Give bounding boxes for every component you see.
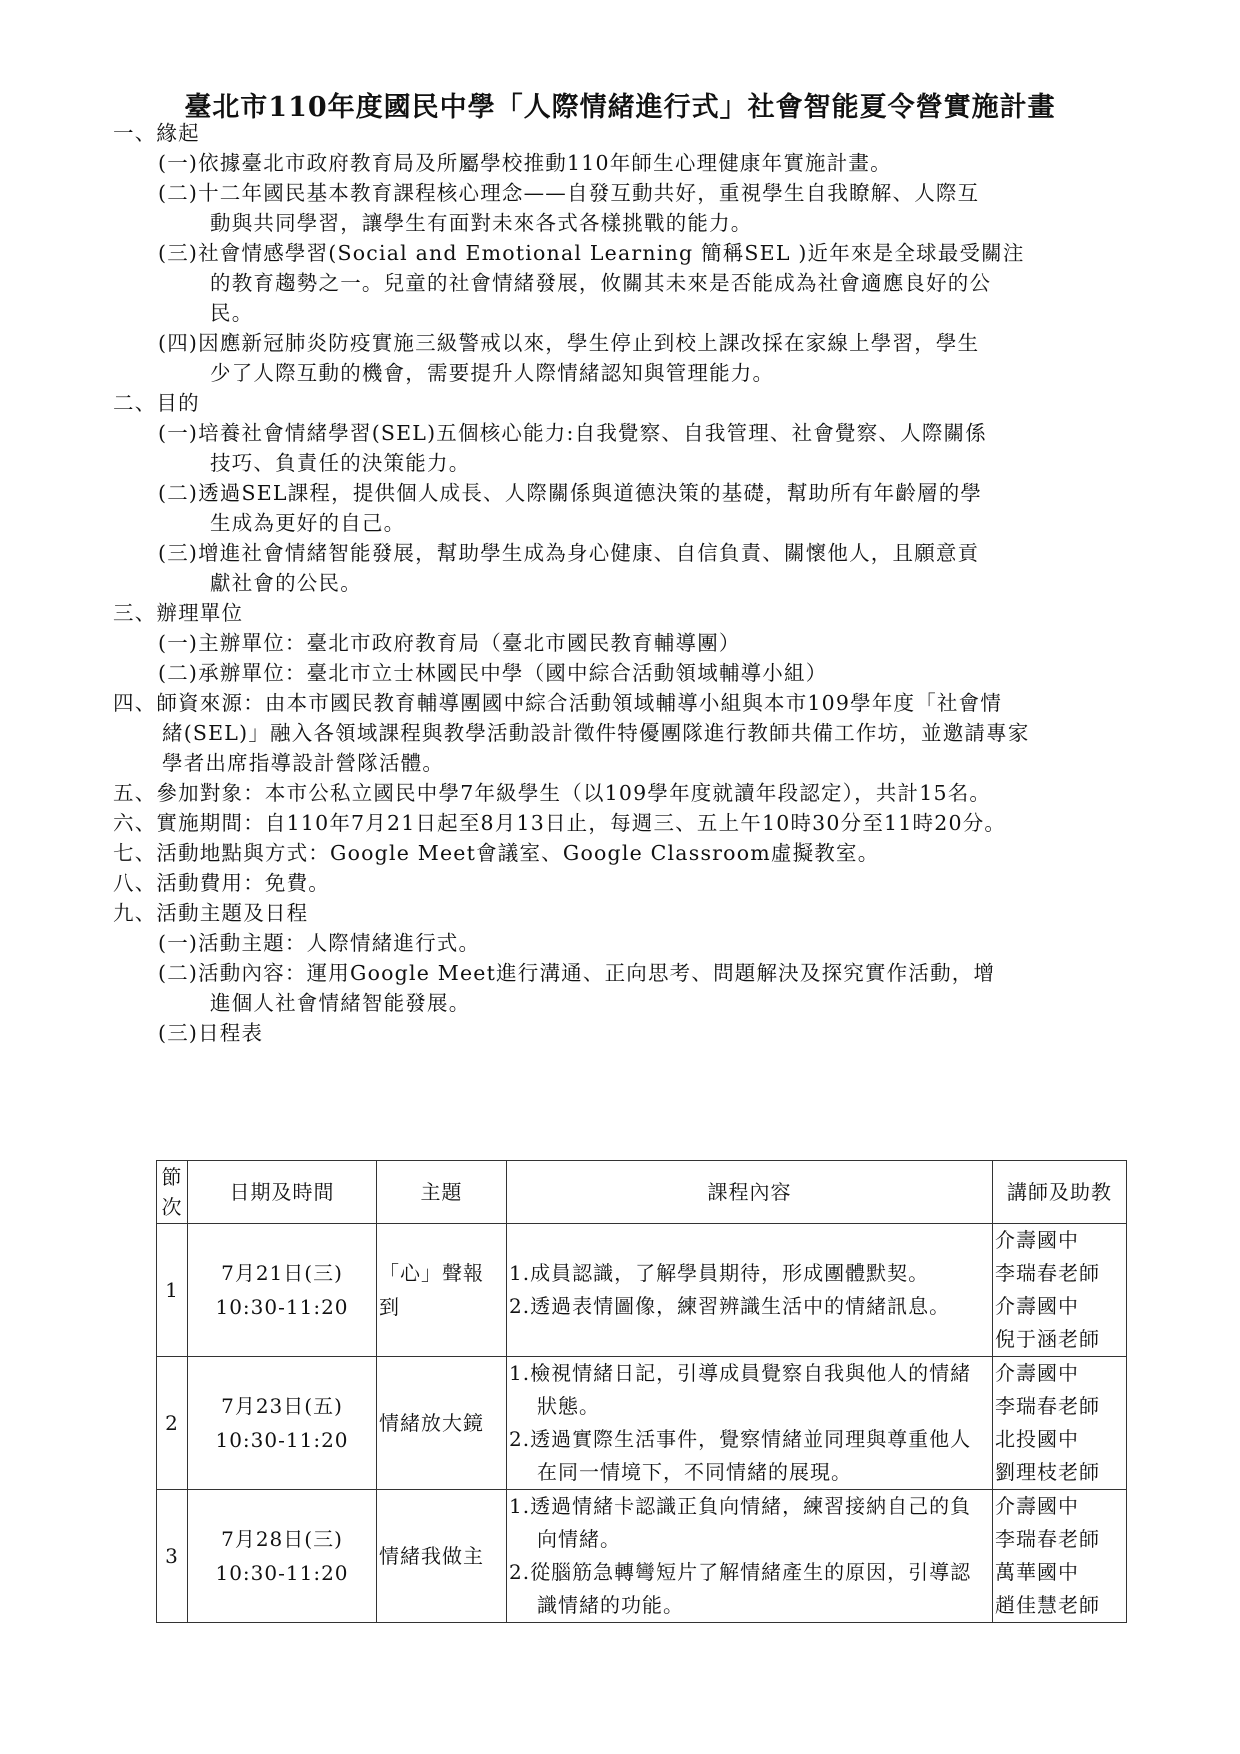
purpose-item-3: (三)增進社會情緒智能發展，幫助學生成為身心健康、自信負責、關懷他人，且願意貢 bbox=[158, 538, 979, 568]
schedule-table: 節次 日期及時間 主題 課程內容 講師及助教 1 7月21日(三) 10:30-… bbox=[156, 1160, 1127, 1623]
table-row: 1 7月21日(三) 10:30-11:20 「心」聲報到 1.成員認識，了解學… bbox=[157, 1224, 1127, 1357]
session-no: 3 bbox=[157, 1490, 188, 1623]
organizer-host: (一)主辦單位：臺北市政府教育局（臺北市國民教育輔導團） bbox=[158, 628, 741, 658]
purpose-item-1-cont: 技巧、負責任的決策能力。 bbox=[210, 448, 470, 478]
section-heading-schedule: 九、活動主題及日程 bbox=[113, 898, 308, 928]
section-fee: 八、活動費用：免費。 bbox=[113, 868, 330, 898]
teacher-name: 李瑞春老師 bbox=[995, 1523, 1124, 1556]
teacher-school: 介壽國中 bbox=[995, 1290, 1124, 1323]
session-topic: 情緒我做主 bbox=[377, 1490, 507, 1623]
content-item: 1.成員認識，了解學員期待，形成團體默契。 bbox=[509, 1257, 990, 1290]
session-content: 1.成員認識，了解學員期待，形成團體默契。 2.透過表情圖像，練習辨識生活中的情… bbox=[507, 1224, 993, 1357]
session-no: 1 bbox=[157, 1224, 188, 1357]
session-time: 10:30-11:20 bbox=[190, 1423, 374, 1457]
schedule-content-cont: 進個人社會情緒智能發展。 bbox=[210, 988, 470, 1018]
header-session-no-label: 節次 bbox=[161, 1162, 183, 1222]
teacher-name: 劉理枝老師 bbox=[995, 1456, 1124, 1489]
section-heading-purpose: 二、目的 bbox=[113, 388, 200, 418]
section-period: 六、實施期間：自110年7月21日起至8月13日止，每週三、五上午10時30分至… bbox=[113, 808, 1006, 838]
content-item: 1.透過情緒卡認識正負向情緒，練習接納自己的負向情緒。 bbox=[509, 1490, 990, 1556]
section-location: 七、活動地點與方式：Google Meet會議室、Google Classroo… bbox=[113, 838, 879, 868]
session-topic: 「心」聲報到 bbox=[377, 1224, 507, 1357]
session-date: 7月21日(三) bbox=[190, 1256, 374, 1290]
origin-item-3-cont: 的教育趨勢之一。兒童的社會情緒發展，攸關其未來是否能成為社會適應良好的公 bbox=[210, 268, 991, 298]
origin-item-2: (二)十二年國民基本教育課程核心理念——自發互動共好，重視學生自我瞭解、人際互 bbox=[158, 178, 979, 208]
teacher-school: 介壽國中 bbox=[995, 1490, 1124, 1523]
origin-item-4: (四)因應新冠肺炎防疫實施三級警戒以來，學生停止到校上課改採在家線上學習，學生 bbox=[158, 328, 979, 358]
content-item: 2.透過實際生活事件，覺察情緒並同理與尊重他人在同一情境下，不同情緒的展現。 bbox=[509, 1423, 990, 1489]
section-teachers-cont: 緒(SEL)」融入各領域課程與教學活動設計徵件特優團隊進行教師共備工作坊，並邀請… bbox=[162, 718, 1030, 748]
teacher-school: 萬華國中 bbox=[995, 1556, 1124, 1589]
origin-item-1: (一)依據臺北市政府教育局及所屬學校推動110年師生心理健康年實施計畫。 bbox=[158, 148, 892, 178]
header-topic: 主題 bbox=[377, 1161, 507, 1224]
schedule-table-label: (三)日程表 bbox=[158, 1018, 263, 1048]
purpose-item-3-cont: 獻社會的公民。 bbox=[210, 568, 362, 598]
header-datetime: 日期及時間 bbox=[188, 1161, 377, 1224]
content-item: 2.透過表情圖像，練習辨識生活中的情緒訊息。 bbox=[509, 1290, 990, 1323]
session-content: 1.透過情緒卡認識正負向情緒，練習接納自己的負向情緒。 2.從腦筋急轉彎短片了解… bbox=[507, 1490, 993, 1623]
session-date: 7月23日(五) bbox=[190, 1389, 374, 1423]
header-content: 課程內容 bbox=[507, 1161, 993, 1224]
session-time: 10:30-11:20 bbox=[190, 1556, 374, 1590]
content-item: 1.檢視情緒日記，引導成員覺察自我與他人的情緒狀態。 bbox=[509, 1357, 990, 1423]
session-datetime: 7月28日(三) 10:30-11:20 bbox=[188, 1490, 377, 1623]
session-teachers: 介壽國中 李瑞春老師 介壽國中 倪于涵老師 bbox=[993, 1224, 1127, 1357]
schedule-content: (二)活動內容：運用Google Meet進行溝通、正向思考、問題解決及探究實作… bbox=[158, 958, 995, 988]
session-date: 7月28日(三) bbox=[190, 1522, 374, 1556]
purpose-item-1: (一)培養社會情緒學習(SEL)五個核心能力:自我覺察、自我管理、社會覺察、人際… bbox=[158, 418, 987, 448]
purpose-item-2-cont: 生成為更好的自己。 bbox=[210, 508, 405, 538]
session-topic: 情緒放大鏡 bbox=[377, 1357, 507, 1490]
teacher-name: 李瑞春老師 bbox=[995, 1257, 1124, 1290]
purpose-item-2: (二)透過SEL課程，提供個人成長、人際關係與道德決策的基礎，幫助所有年齡層的學 bbox=[158, 478, 982, 508]
schedule-theme: (一)活動主題：人際情緒進行式。 bbox=[158, 928, 480, 958]
section-participants: 五、參加對象：本市公私立國民中學7年級學生（以109學年度就讀年段認定），共計1… bbox=[113, 778, 991, 808]
session-no: 2 bbox=[157, 1357, 188, 1490]
origin-item-3: (三)社會情感學習(Social and Emotional Learning … bbox=[158, 238, 1025, 268]
header-session-no: 節次 bbox=[157, 1161, 188, 1224]
document-page: 臺北市110年度國民中學「人際情緒進行式」社會智能夏令營實施計畫 一、緣起 (一… bbox=[0, 0, 1240, 1754]
origin-item-3-cont2: 民。 bbox=[210, 298, 253, 328]
teacher-school: 北投國中 bbox=[995, 1423, 1124, 1456]
section-heading-organizers: 三、辦理單位 bbox=[113, 598, 243, 628]
teacher-name: 李瑞春老師 bbox=[995, 1390, 1124, 1423]
section-teachers-cont2: 學者出席指導設計營隊活體。 bbox=[162, 748, 444, 778]
table-row: 2 7月23日(五) 10:30-11:20 情緒放大鏡 1.檢視情緒日記，引導… bbox=[157, 1357, 1127, 1490]
origin-item-4-cont: 少了人際互動的機會，需要提升人際情緒認知與管理能力。 bbox=[210, 358, 774, 388]
section-teachers: 四、師資來源：由本市國民教育輔導團國中綜合活動領域輔導小組與本市109學年度「社… bbox=[113, 688, 1002, 718]
section-heading-origin: 一、緣起 bbox=[113, 118, 200, 148]
teacher-name: 倪于涵老師 bbox=[995, 1323, 1124, 1356]
table-header-row: 節次 日期及時間 主題 課程內容 講師及助教 bbox=[157, 1161, 1127, 1224]
teacher-school: 介壽國中 bbox=[995, 1357, 1124, 1390]
organizer-executor: (二)承辦單位：臺北市立士林國民中學（國中綜合活動領域輔導小組） bbox=[158, 658, 827, 688]
header-teacher: 講師及助教 bbox=[993, 1161, 1127, 1224]
teacher-school: 介壽國中 bbox=[995, 1224, 1124, 1257]
session-content: 1.檢視情緒日記，引導成員覺察自我與他人的情緒狀態。 2.透過實際生活事件，覺察… bbox=[507, 1357, 993, 1490]
origin-item-2-cont: 動與共同學習，讓學生有面對未來各式各樣挑戰的能力。 bbox=[210, 208, 753, 238]
teacher-name: 趙佳慧老師 bbox=[995, 1589, 1124, 1622]
session-datetime: 7月23日(五) 10:30-11:20 bbox=[188, 1357, 377, 1490]
content-item: 2.從腦筋急轉彎短片了解情緒產生的原因，引導認識情緒的功能。 bbox=[509, 1556, 990, 1622]
session-datetime: 7月21日(三) 10:30-11:20 bbox=[188, 1224, 377, 1357]
session-time: 10:30-11:20 bbox=[190, 1290, 374, 1324]
table-row: 3 7月28日(三) 10:30-11:20 情緒我做主 1.透過情緒卡認識正負… bbox=[157, 1490, 1127, 1623]
session-teachers: 介壽國中 李瑞春老師 萬華國中 趙佳慧老師 bbox=[993, 1490, 1127, 1623]
session-teachers: 介壽國中 李瑞春老師 北投國中 劉理枝老師 bbox=[993, 1357, 1127, 1490]
